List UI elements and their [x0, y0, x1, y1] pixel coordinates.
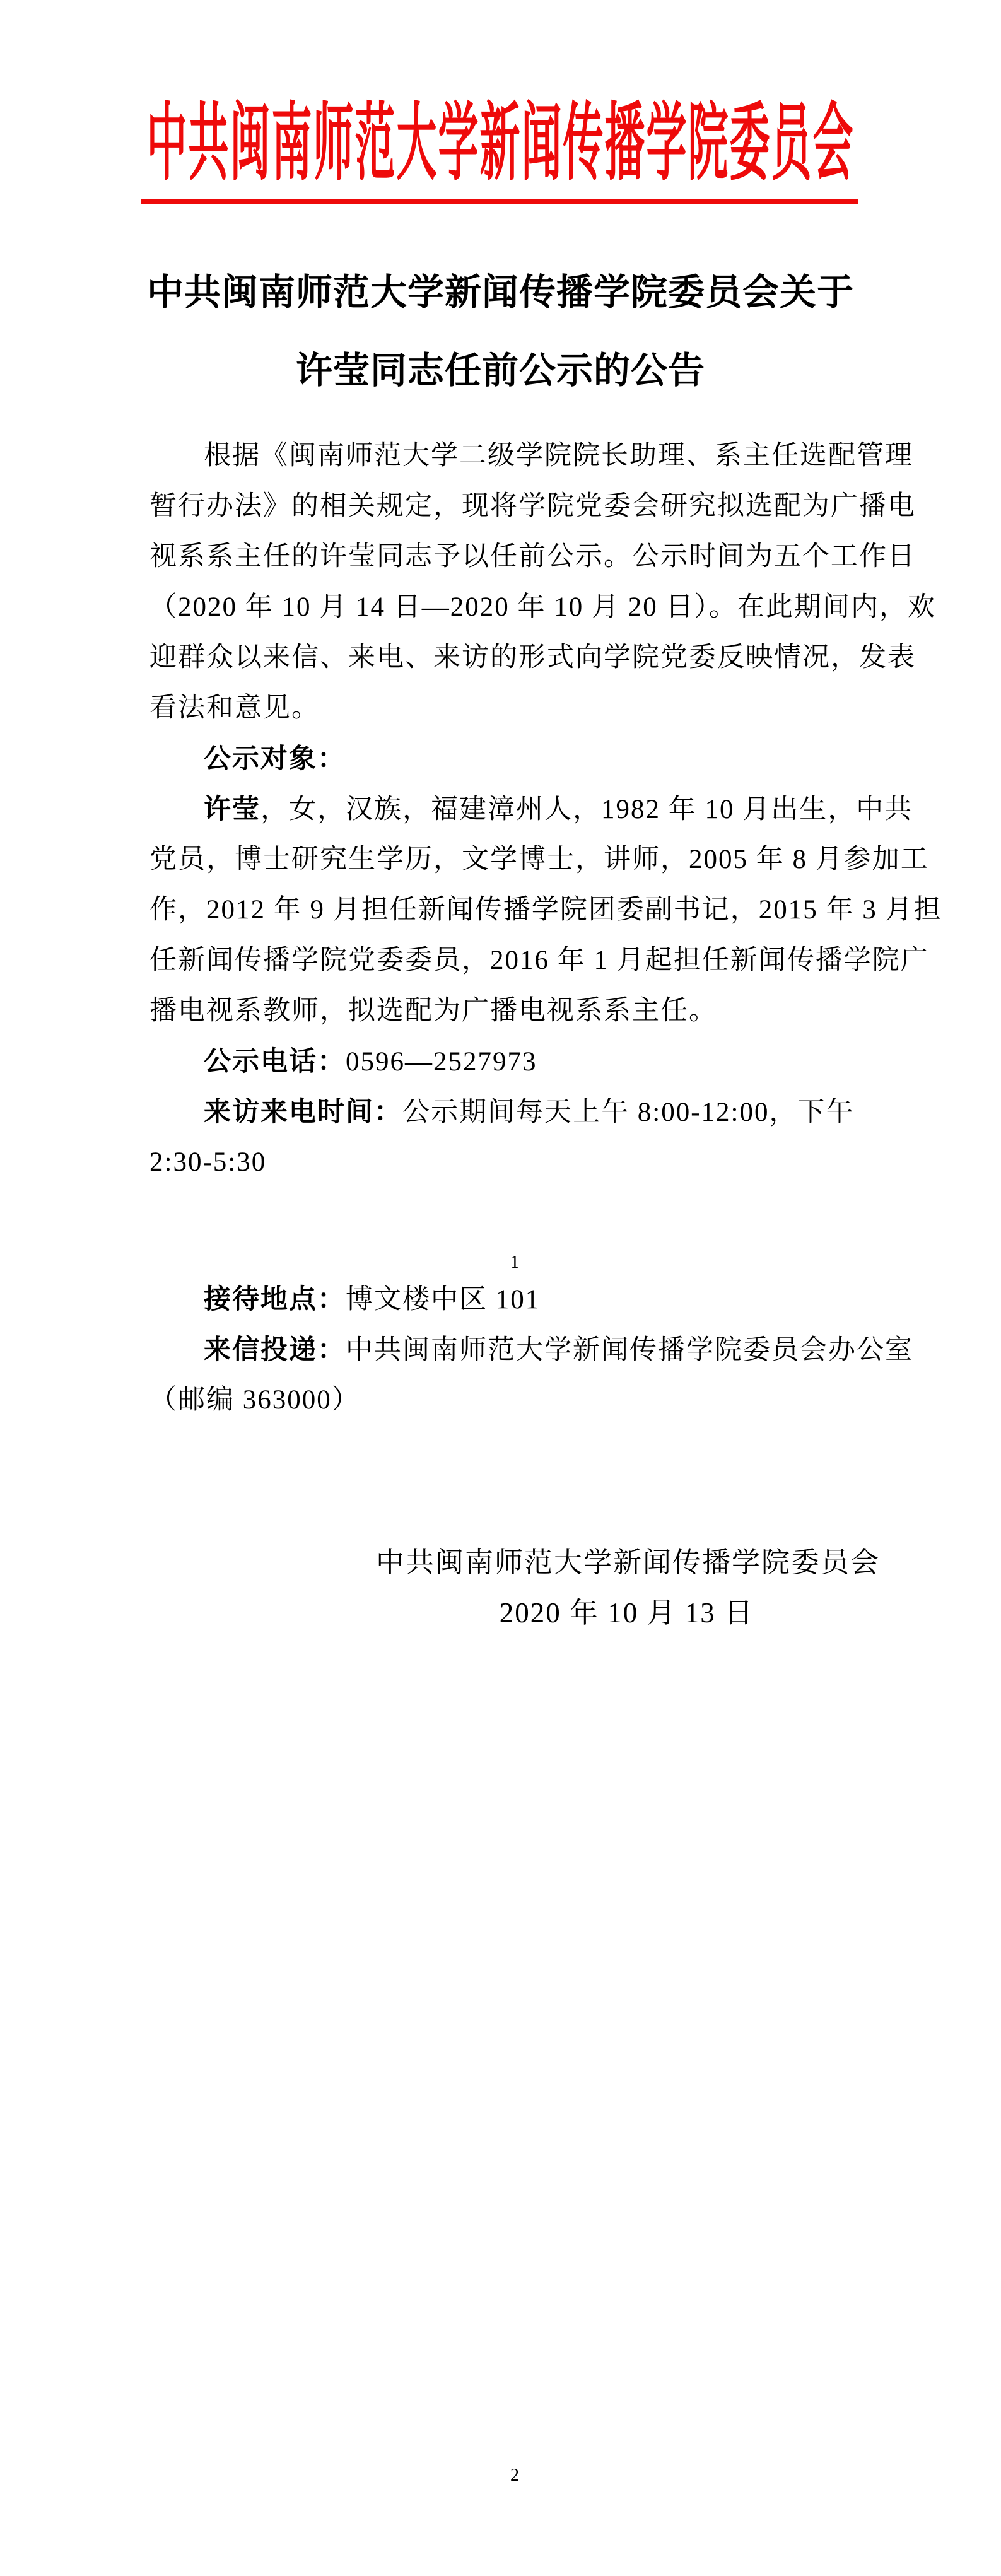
- mail-label: 来信投递：: [204, 1335, 346, 1365]
- para1-line: 看法和意见。: [149, 683, 880, 734]
- doc-title-line1: 中共闽南师范大学新闻传播学院委员会关于: [0, 254, 1001, 332]
- bio-line: 作，2012 年 9 月担任新闻传播学院团委副书记，2015 年 3 月担: [149, 885, 880, 935]
- bio-name: 许莹: [204, 794, 260, 824]
- reception-value: 博文楼中区 101: [346, 1285, 540, 1314]
- letterhead-org-name: 中共闽南师范大学新闻传播学院委员会: [147, 75, 855, 197]
- reception-line: 接待地点：博文楼中区 101: [149, 1274, 880, 1325]
- para1-line: 根据《闽南师范大学二级学院院长助理、系主任选配管理: [149, 431, 880, 481]
- visit-time-label: 来访来电时间：: [204, 1097, 402, 1127]
- mail-value: 中共闽南师范大学新闻传播学院委员会办公室: [346, 1335, 913, 1365]
- signature-date: 2020 年 10 月 13 日: [149, 1588, 880, 1638]
- body-page2: 接待地点：博文楼中区 101 来信投递：中共闽南师范大学新闻传播学院委员会办公室…: [149, 1274, 880, 1426]
- bio-line: 任新闻传播学院党委委员，2016 年 1 月起担任新闻传播学院广: [149, 935, 880, 986]
- page-number-1: 1: [149, 1250, 880, 1275]
- letterhead-rule: [141, 199, 858, 204]
- body-page1: 根据《闽南师范大学二级学院院长助理、系主任选配管理 暂行办法》的相关规定，现将学…: [149, 431, 880, 1188]
- visit-time-value-line1: 公示期间每天上午 8:00-12:00，下午: [402, 1098, 854, 1127]
- para1-line: 迎群众以来信、来电、来访的形式向学院党委反映情况，发表: [149, 633, 880, 683]
- visit-time-value-line2: 2:30-5:30: [149, 1137, 880, 1188]
- letterhead: 中共闽南师范大学新闻传播学院委员会: [0, 81, 1001, 191]
- bio-line: 许莹，女，汉族，福建漳州人，1982 年 10 月出生，中共: [149, 784, 880, 834]
- doc-title: 中共闽南师范大学新闻传播学院委员会关于 许莹同志任前公示的公告: [0, 254, 1001, 410]
- mail-value-line2: （邮编 363000）: [149, 1375, 880, 1426]
- bio-line1-rest: ，女，汉族，福建漳州人，1982 年 10 月出生，中共: [260, 795, 913, 824]
- mail-line: 来信投递：中共闽南师范大学新闻传播学院委员会办公室: [149, 1325, 880, 1375]
- para1-line: 暂行办法》的相关规定，现将学院党委会研究拟选配为广播电: [149, 481, 880, 532]
- bio-line: 党员，博士研究生学历，文学博士，讲师，2005 年 8 月参加工: [149, 834, 880, 885]
- page-number-2: 2: [149, 2463, 880, 2488]
- doc-title-line2: 许莹同志任前公示的公告: [0, 332, 1001, 410]
- visit-time-line: 来访来电时间：公示期间每天上午 8:00-12:00，下午: [149, 1087, 880, 1137]
- para1-line: （2020 年 10 月 14 日—2020 年 10 月 20 日）。在此期间…: [149, 582, 880, 633]
- document-page: 中共闽南师范大学新闻传播学院委员会 中共闽南师范大学新闻传播学院委员会关于 许莹…: [0, 0, 1001, 2576]
- phone-line: 公示电话：0596—2527973: [149, 1036, 880, 1087]
- signature-block: 中共闽南师范大学新闻传播学院委员会 2020 年 10 月 13 日: [149, 1537, 880, 1638]
- section-heading: 公示对象：: [149, 734, 880, 784]
- reception-label: 接待地点：: [204, 1284, 346, 1314]
- signature-org: 中共闽南师范大学新闻传播学院委员会: [149, 1537, 880, 1588]
- phone-value: 0596—2527973: [346, 1047, 537, 1077]
- bio-line: 播电视系教师，拟选配为广播电视系系主任。: [149, 986, 880, 1036]
- para1-line: 视系系主任的许莹同志予以任前公示。公示时间为五个工作日: [149, 532, 880, 582]
- phone-label: 公示电话：: [204, 1046, 346, 1077]
